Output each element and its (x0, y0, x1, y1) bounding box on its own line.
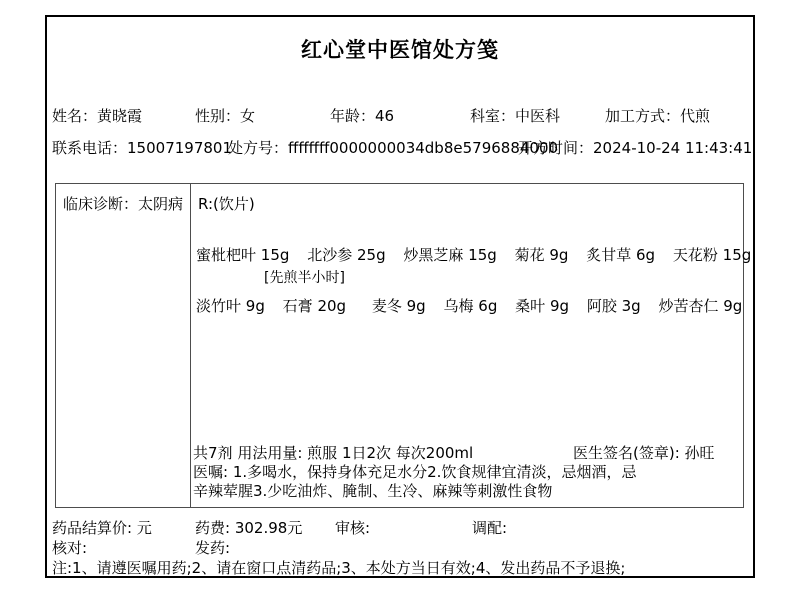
processing-method-field: 加工方式：代煎 (605, 107, 710, 125)
herb-name: 乌梅 (444, 297, 474, 315)
herb-name: 炒黑芝麻 (403, 246, 463, 264)
patient-age-field: 年龄：46 (330, 107, 394, 125)
herb-name: 阿胶 (587, 297, 617, 315)
patient-department-label: 科室： (470, 107, 515, 125)
rx-table-divider (190, 184, 191, 507)
clinical-diagnosis-label: 临床诊断： (63, 195, 138, 213)
herb-dose: 15g (261, 246, 290, 264)
herb-item: 阿胶 3g (587, 297, 641, 315)
herb-dose: 6g (636, 246, 655, 264)
medicine-fee-value: 302.98元 (235, 519, 303, 537)
herb-name: 麦冬 (372, 297, 402, 315)
herb-list-line2: 淡竹叶 9g 石膏 20g 麦冬 9g 乌梅 6g 桑叶 9g 阿胶 3g 炒苦… (196, 297, 755, 315)
herb-name: 炒苦杏仁 (658, 297, 718, 315)
decoction-annotation: [先煎半小时] (264, 269, 345, 287)
issue-time-value: 2024-10-24 11:43:41 (593, 139, 752, 157)
review-field: 审核: (335, 519, 370, 537)
herb-dose: 3g (622, 297, 641, 315)
page-title: 红心堂中医馆处方笺 (45, 34, 755, 64)
contact-phone-value: 15007197801 (127, 139, 232, 157)
clinical-diagnosis: 临床诊断：太阴病 (63, 195, 183, 213)
patient-age-value: 46 (375, 107, 394, 125)
patient-gender-field: 性别：女 (195, 107, 255, 125)
herb-dose: 6g (478, 297, 497, 315)
patient-name-label: 姓名： (52, 107, 97, 125)
prescription-page: 红心堂中医馆处方笺 姓名：黄晓霞 性别：女 年龄：46 科室：中医科 加工方式：… (0, 0, 800, 600)
medical-advice-line2: 辛辣荤腥3.少吃油炸、腌制、生冷、麻辣等刺激性食物 (193, 482, 552, 500)
patient-department-value: 中医科 (515, 107, 560, 125)
total-doses: 共7剂 (193, 444, 233, 462)
herb-item: 炒苦杏仁 9g (658, 297, 742, 315)
processing-method-value: 代煎 (680, 107, 710, 125)
issue-time-label: 开方时间： (518, 139, 593, 157)
rx-header: R:(饮片) (198, 195, 255, 213)
herb-name: 蜜枇杷叶 (196, 246, 256, 264)
doctor-signature-label: 医生签名(签章): (573, 444, 680, 462)
herb-item: 淡竹叶 9g (196, 297, 265, 315)
medicine-fee-label: 药费: (195, 519, 230, 537)
patient-gender-label: 性别： (195, 107, 240, 125)
herb-item: 乌梅 6g (444, 297, 498, 315)
issue-time-field: 开方时间：2024-10-24 11:43:41 (518, 139, 752, 157)
clinical-diagnosis-value: 太阴病 (138, 195, 183, 213)
herb-item: 北沙参 25g (307, 246, 385, 264)
doctor-signature: 医生签名(签章): 孙旺 (573, 444, 715, 462)
herb-dose: 9g (407, 297, 426, 315)
herb-dose: 9g (246, 297, 265, 315)
herb-dose: 20g (317, 297, 346, 315)
dosage-line: 共7剂 用法用量: 煎服 1日2次 每次200ml (193, 444, 473, 462)
herb-dose: 9g (549, 246, 568, 264)
contact-phone-field: 联系电话：15007197801 (52, 139, 232, 157)
medical-advice-line1: 医嘱: 1.多喝水，保持身体充足水分2.饮食规律宜清淡，忌烟酒，忌 (193, 463, 636, 481)
usage-value: 煎服 1日2次 每次200ml (307, 444, 473, 462)
herb-item: 炙甘草 6g (586, 246, 655, 264)
herb-item: 炒黑芝麻 15g (403, 246, 496, 264)
herb-dose: 25g (357, 246, 386, 264)
contact-phone-label: 联系电话： (52, 139, 127, 157)
settlement-price-field: 药品结算价: 元 (52, 519, 152, 537)
dispense-field: 调配: (472, 519, 507, 537)
herb-item: 桑叶 9g (515, 297, 569, 315)
herb-item: 麦冬 9g (372, 297, 426, 315)
patient-name-field: 姓名：黄晓霞 (52, 107, 142, 125)
patient-department-field: 科室：中医科 (470, 107, 560, 125)
rx-number-label: 处方号： (228, 139, 288, 157)
medicine-fee-field: 药费: 302.98元 (195, 519, 302, 537)
doctor-signature-name: 孙旺 (685, 444, 715, 462)
settlement-price-value: 元 (137, 519, 152, 537)
herb-item: 石膏 20g (283, 297, 346, 315)
footer-note: 注:1、请遵医嘱用药;2、请在窗口点清药品;3、本处方当日有效;4、发出药品不予… (52, 559, 625, 577)
processing-method-label: 加工方式： (605, 107, 680, 125)
herb-dose: 15g (468, 246, 497, 264)
usage-label: 用法用量: (237, 444, 302, 462)
herb-list-line1: 蜜枇杷叶 15g 北沙参 25g 炒黑芝麻 15g 菊花 9g 炙甘草 6g 天… (196, 246, 764, 264)
herb-name: 炙甘草 (586, 246, 631, 264)
patient-gender-value: 女 (240, 107, 255, 125)
herb-name: 北沙参 (307, 246, 352, 264)
rx-number-field: 处方号：ffffffff0000000034db8e5796884000 (228, 139, 558, 157)
herb-dose: 9g (550, 297, 569, 315)
settlement-price-label: 药品结算价: (52, 519, 132, 537)
herb-item: 蜜枇杷叶 15g (196, 246, 289, 264)
herb-name: 桑叶 (515, 297, 545, 315)
patient-age-label: 年龄： (330, 107, 375, 125)
herb-item: 天花粉 15g (673, 246, 751, 264)
herb-name: 石膏 (283, 297, 313, 315)
patient-name-value: 黄晓霞 (97, 107, 142, 125)
herb-name: 淡竹叶 (196, 297, 241, 315)
herb-dose: 9g (723, 297, 742, 315)
herb-name: 天花粉 (673, 246, 718, 264)
issue-field: 发药: (195, 539, 230, 557)
herb-item: 菊花 9g (515, 246, 569, 264)
herb-dose: 15g (723, 246, 752, 264)
herb-name: 菊花 (515, 246, 545, 264)
check-field: 核对: (52, 539, 87, 557)
